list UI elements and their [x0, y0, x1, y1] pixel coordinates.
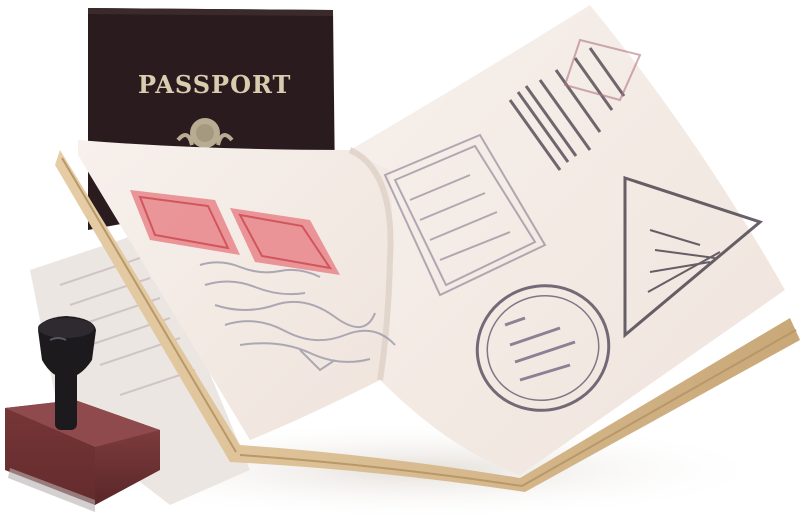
passport-cover-title: PASSPORT — [138, 70, 291, 99]
passport-photo: PASSPORT — [0, 0, 800, 527]
photo-illustration: PASSPORT — [0, 0, 800, 527]
